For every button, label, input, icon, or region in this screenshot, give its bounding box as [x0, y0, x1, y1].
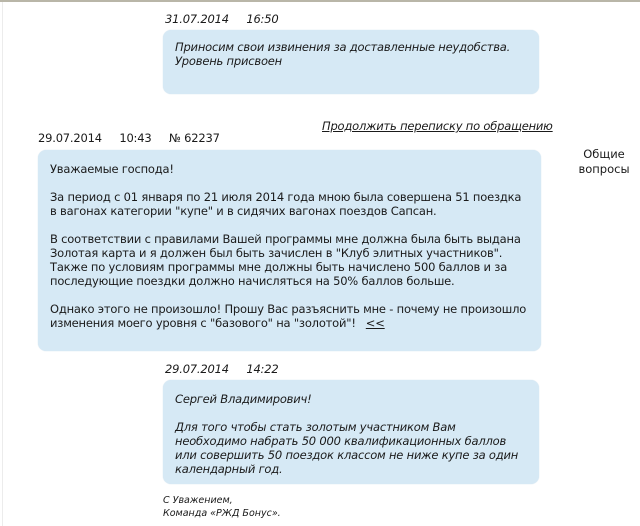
request-category: Общие вопросы [574, 147, 634, 177]
reply-2-time: 14:22 [246, 362, 278, 376]
request-meta: 29.07.2014 10:43 № 62237 [38, 131, 234, 145]
left-border [2, 2, 3, 526]
reply-1-bubble: Приносим свои извинения за доставленные … [163, 30, 539, 94]
reply-2-meta: 29.07.2014 14:22 [165, 362, 292, 376]
reply-1-text: Приносим свои извинения за доставленные … [175, 40, 527, 68]
signature-line-2: Команда «РЖД Бонус». [163, 507, 281, 520]
request-greeting: Уважаемые господа! [50, 162, 529, 176]
reply-1-meta: 31.07.2014 16:50 [165, 12, 292, 26]
request-paragraph-3-text: Однако этого не произошло! Прошу Вас раз… [50, 302, 526, 330]
reply-2-bubble: Сергей Владимирович! Для того чтобы стат… [163, 380, 539, 484]
request-paragraph-3: Однако этого не произошло! Прошу Вас раз… [50, 302, 529, 330]
request-number: № 62237 [169, 131, 220, 145]
request-paragraph-2: В соответствии с правилами Вашей програм… [50, 232, 529, 288]
reply-2-date: 29.07.2014 [165, 362, 229, 376]
request-time: 10:43 [119, 131, 151, 145]
continue-correspondence-link[interactable]: Продолжить переписку по обращению [322, 119, 553, 133]
collapse-link[interactable]: << [366, 316, 385, 330]
signature-line-1: С Уважением, [163, 494, 281, 507]
reply-2-greeting: Сергей Владимирович! [175, 392, 527, 406]
reply-1-date: 31.07.2014 [165, 12, 229, 26]
reply-2-text: Для того чтобы стать золотым участником … [175, 420, 527, 476]
request-date: 29.07.2014 [38, 131, 102, 145]
request-bubble: Уважаемые господа! За период с 01 января… [38, 150, 541, 351]
top-border [0, 0, 640, 2]
request-paragraph-1: За период с 01 января по 21 июля 2014 го… [50, 190, 529, 218]
signature: С Уважением, Команда «РЖД Бонус». [163, 494, 281, 520]
reply-1-time: 16:50 [246, 12, 278, 26]
